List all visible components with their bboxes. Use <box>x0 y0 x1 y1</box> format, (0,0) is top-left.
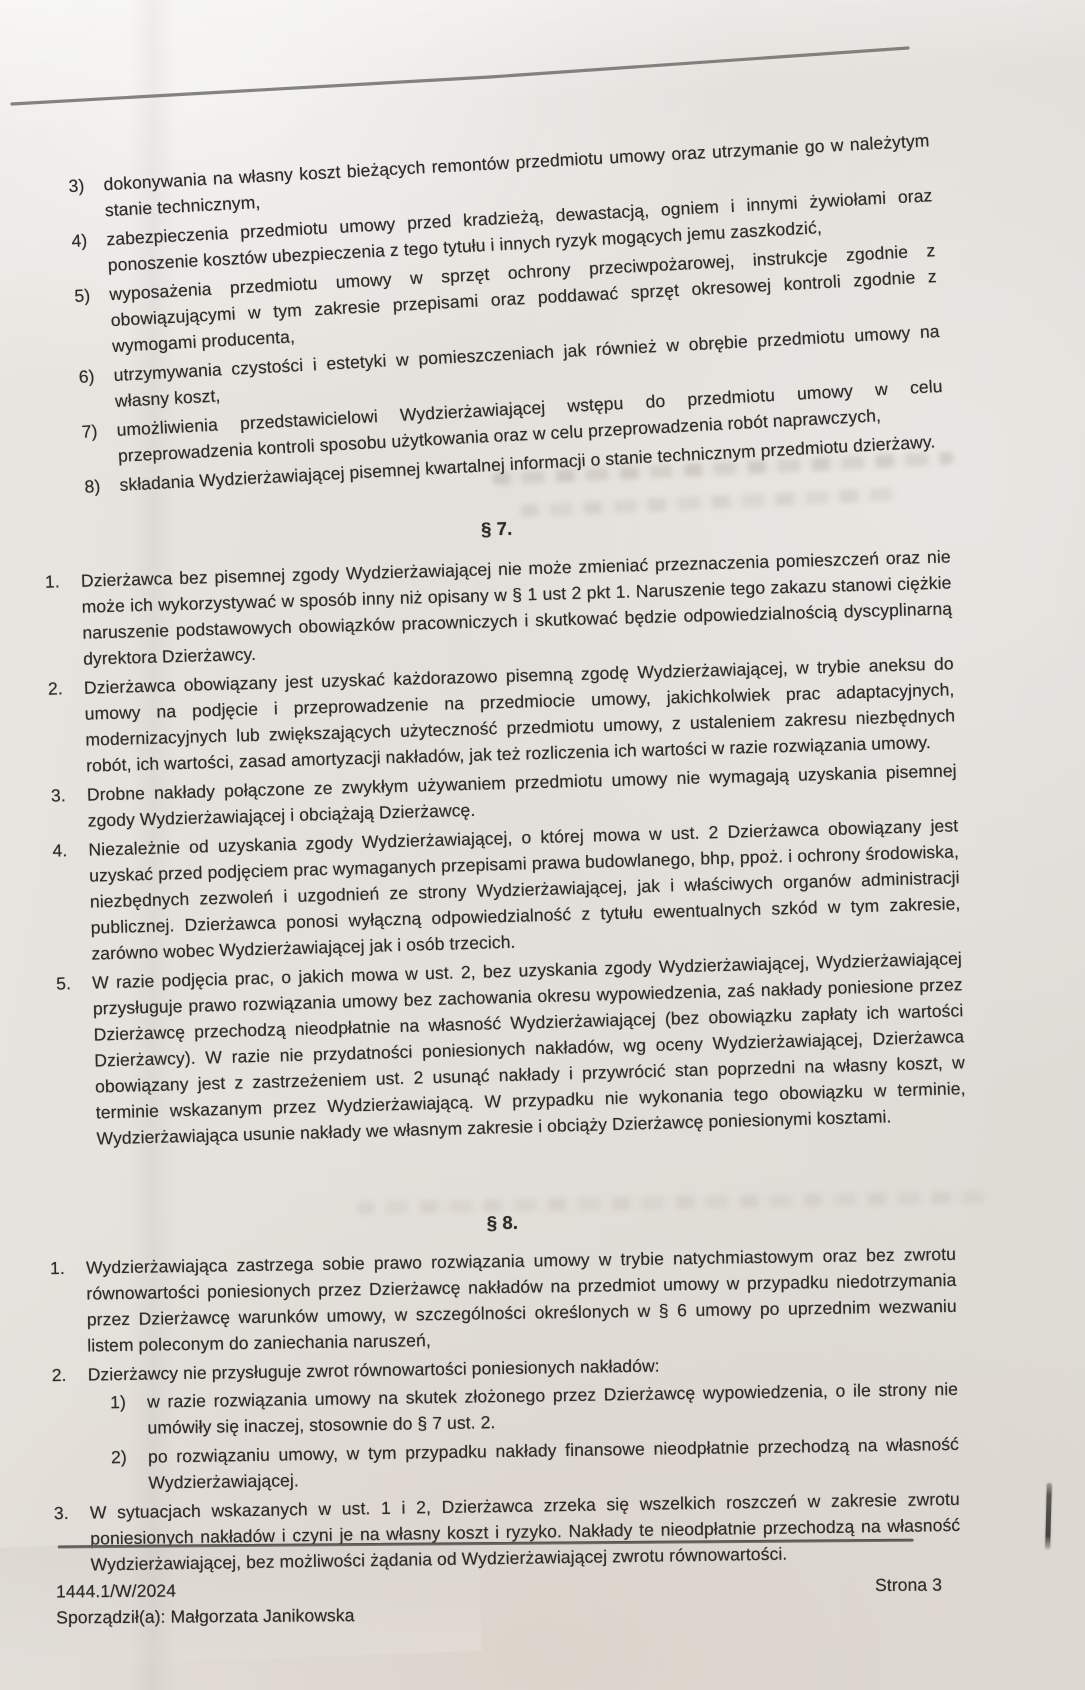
section-6-list: 3) dokonywania na własny koszt bieżących… <box>68 127 946 499</box>
prepared-by-label: Sporządził(a): Małgorzata Janikowska <box>56 1598 942 1631</box>
page-footer: 1444.1/W/2024 Strona 3 Sporządził(a): Ma… <box>56 1539 943 1631</box>
scanned-contract-page: 3) dokonywania na własny koszt bieżących… <box>0 0 1085 1690</box>
item-number: 6) <box>78 362 114 390</box>
item-number: 3) <box>68 171 104 199</box>
item-number: 3. <box>54 1500 90 1527</box>
item-number: 4. <box>52 837 89 864</box>
header-separator-line <box>0 0 1085 130</box>
item-text: w razie rozwiązania umowy na skutek złoż… <box>147 1376 959 1441</box>
item-text: Niezależnie od uzyskania zgody Wydzierża… <box>88 812 961 966</box>
list-subitem: 2) po rozwiązaniu umowy, w tym przypadku… <box>111 1431 960 1496</box>
section-7: § 7. 1. Dzierżawca bez pisemnej zgody Wy… <box>43 499 966 1152</box>
item-number: 2. <box>48 675 85 702</box>
item-text: po rozwiązaniu umowy, w tym przypadku na… <box>148 1431 960 1496</box>
staple-pen-mark <box>1045 1483 1052 1549</box>
item-number: 3. <box>51 782 88 809</box>
page-number-label: Strona 3 <box>875 1572 942 1599</box>
item-number: 5. <box>56 970 93 997</box>
list-item: 5. W razie podjęcia prac, o jakich mowa … <box>56 945 967 1152</box>
item-text: W razie podjęcia prac, o jakich mowa w u… <box>92 945 967 1151</box>
list-subitem: 1) w razie rozwiązania umowy na skutek z… <box>110 1376 959 1441</box>
document-number: 1444.1/W/2024 <box>56 1578 176 1605</box>
section-8: § 8. 1. Wydzierżawiająca zastrzega sobie… <box>49 1199 961 1578</box>
item-number: 5) <box>74 281 110 309</box>
section-8-heading: § 8. <box>49 1203 955 1243</box>
item-number: 2) <box>111 1444 148 1471</box>
item-text: Dzierżawca obowiązany jest uzyskać każdo… <box>84 650 957 778</box>
list-item: 4. Niezależnie od uzyskania zgody Wydzie… <box>52 812 961 967</box>
item-number: 4) <box>71 226 107 254</box>
item-number: 8) <box>84 472 120 500</box>
item-number: 1. <box>50 1255 86 1282</box>
item-number: 1) <box>110 1389 147 1416</box>
item-number: 2. <box>52 1362 88 1389</box>
item-number: 7) <box>81 417 117 445</box>
item-text: Wydzierżawiająca zastrzega sobie prawo r… <box>86 1241 958 1359</box>
list-item: 1. Wydzierżawiająca zastrzega sobie praw… <box>50 1241 958 1359</box>
section-8-sublist: 1) w razie rozwiązania umowy na skutek z… <box>110 1376 960 1496</box>
item-text: Dzierżawca bez pisemnej zgody Wydzierżaw… <box>81 543 954 671</box>
item-number: 1. <box>45 568 82 595</box>
